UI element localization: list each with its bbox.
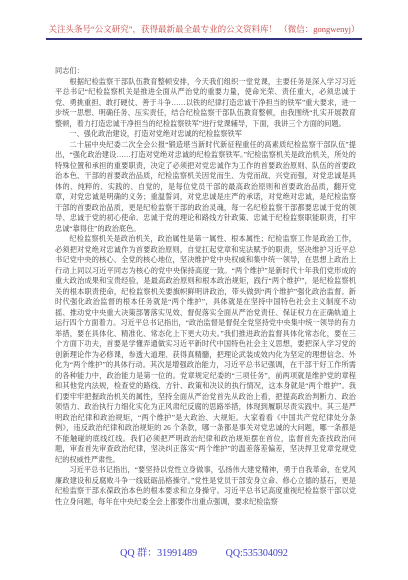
document-body: 同志们： 根据纪检监察干部队伍教育整顿安排，今天我们组织一堂党课，主要任务是深入… [55,66,356,507]
footer: QQ 群：31991489 QQ:535304092 [0,544,408,559]
paragraph-party-spirit: 习近平总书记指出，“要坚持以党性立身做事，弘扬伟大建党精神，勇于自我革命，在党风… [55,465,356,507]
paragraph-intro: 根据纪检监察干部队伍教育整顿安排，今天我们组织一堂党课，主要任务是深入学习习近平… [55,77,356,130]
salutation: 同志们： [55,66,356,77]
header-banner: 关注头条号“公文研究”，获得最新最全最专业的公文资料库！ （微信：gongwen… [46,24,362,40]
document-page: 关注头条号“公文研究”，获得最新最全最专业的公文资料库！ （微信：gongwen… [0,0,408,580]
section-heading-1: 一、强化政治建设，打造对党绝对忠诚的纪检监察铁军 [55,129,356,140]
paragraph-political-organ: 纪检监察机关是政治机关，政治属性是第一属性、根本属性；纪检监察工作是政治工作，必… [55,234,356,465]
paragraph-loyalty: 二十届中央纪委二次全会公报“锻造堪当新时代新征程重任的高素质纪检监察干部队伍”提… [55,140,356,235]
qq-number: QQ:535304092 [226,548,288,559]
qq-group-number: QQ 群：31991489 [120,544,197,559]
